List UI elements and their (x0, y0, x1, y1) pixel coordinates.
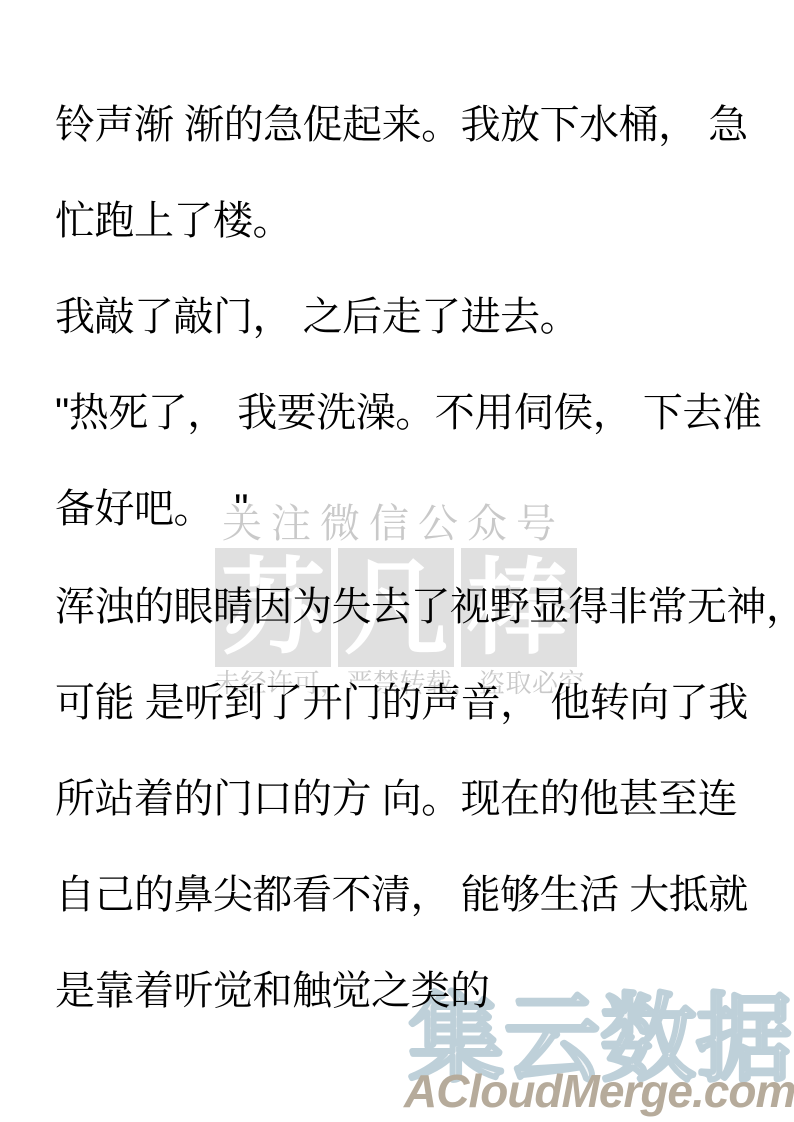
novel-text-line: 我敲了敲门， 之后走了进去。 (55, 295, 579, 339)
novel-text-line: 可能 是听到了开门的声音， 他转向了我 (55, 681, 748, 725)
novel-text-line: 忙跑上了楼。 (55, 199, 292, 243)
novel-text-line: 备好吧。 " (55, 487, 248, 531)
site-watermark-text: ACloudMerge.com (404, 1064, 794, 1118)
novel-text-line: 铃声渐 渐的急促起来。我放下水桶， 急 (55, 103, 748, 147)
wechat-watermark-text: 关注微信公众号 (222, 492, 565, 549)
novel-text-line: 是靠着听觉和触觉之类的 (55, 969, 490, 1013)
novel-page: 关注微信公众号 苏 凡 棒 未经许可，严禁转载，盗取必究 集云数据 ACloud… (0, 0, 794, 1122)
novel-text-line: 浑浊的眼睛因为失去了视野显得非常无神， (55, 585, 794, 629)
novel-text-line: 所站着的门口的方 向。现在的他甚至连 (55, 777, 737, 821)
novel-text-line: 自己的鼻尖都看不清， 能够生活 大抵就 (55, 873, 748, 917)
novel-text-line: "热死了， 我要洗澡。不用伺侯， 下去准 (55, 391, 761, 435)
